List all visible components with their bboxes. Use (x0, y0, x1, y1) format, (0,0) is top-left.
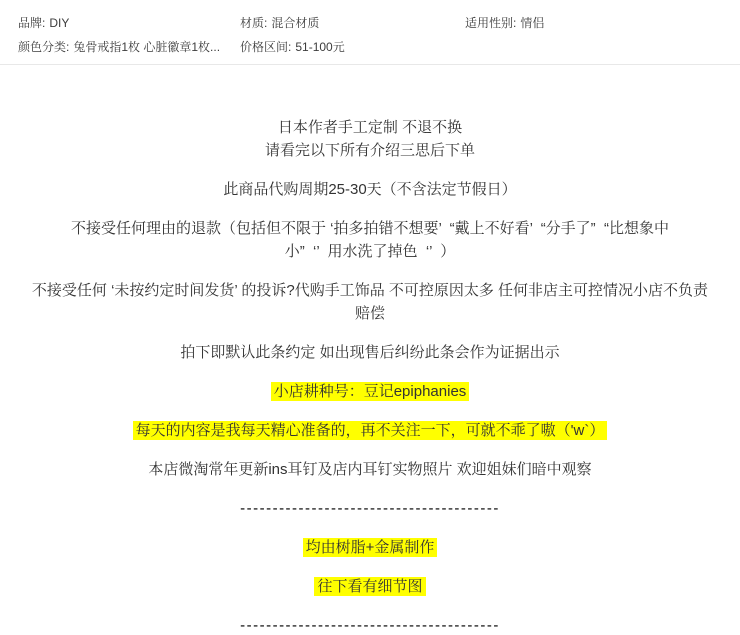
attr-value: 混合材质 (271, 16, 319, 30)
attr-gender: 适用性别:情侣 (465, 16, 740, 31)
highlighted-text: 每天的内容是我每天精心准备的，再不关注一下，可就不乖了嗷（'w`） (133, 421, 608, 440)
product-description: 日本作者手工定制 不退不换 请看完以下所有介绍三思后下单 此商品代购周期25-3… (0, 65, 740, 635)
attr-value: 51-100元 (295, 40, 344, 54)
desc-purchase-cycle: 此商品代购周期25-30天（不含法定节假日） (0, 178, 740, 201)
highlighted-text: 均由树脂+金属制作 (303, 538, 438, 557)
product-attributes: 品牌:DIY 材质:混合材质 适用性别:情侣 颜色分类:兔骨戒指1枚 心脏徽章1… (0, 0, 740, 65)
attr-value: 兔骨戒指1枚 心脏徽章1枚... (73, 40, 220, 54)
dashed-divider: ---------------------------------------- (0, 614, 740, 635)
attr-label: 品牌: (18, 16, 45, 30)
attr-label: 适用性别: (465, 16, 516, 30)
attr-label: 价格区间: (240, 40, 291, 54)
desc-material-note: 均由树脂+金属制作 (0, 536, 740, 559)
attr-value: 情侣 (520, 16, 544, 30)
desc-weitao-note: 本店微淘常年更新ins耳钉及店内耳钉实物照片 欢迎姐妹们暗中观察 (0, 458, 740, 481)
desc-agreement-note: 拍下即默认此条约定 如出现售后纠纷此条会作为证据出示 (0, 341, 740, 364)
attr-price-range: 价格区间:51-100元 (240, 40, 465, 55)
attr-color-class: 颜色分类:兔骨戒指1枚 心脏徽章1枚... (18, 40, 240, 55)
attr-brand: 品牌:DIY (18, 16, 240, 31)
desc-detail-pics-note: 往下看有细节图 (0, 575, 740, 598)
attr-material: 材质:混合材质 (240, 16, 465, 31)
attr-label: 材质: (240, 16, 267, 30)
desc-no-refund-policy: 不接受任何理由的退款（包括但不限于 ‘拍多拍错不想要’ “戴上不好看’ “分手了… (0, 217, 740, 263)
attr-label: 颜色分类: (18, 40, 69, 54)
desc-follow-reminder: 每天的内容是我每天精心准备的，再不关注一下，可就不乖了嗷（'w`） (0, 419, 740, 442)
desc-intro-lines: 日本作者手工定制 不退不换 请看完以下所有介绍三思后下单 (0, 116, 740, 162)
highlighted-text: 往下看有细节图 (314, 577, 425, 596)
attr-value: DIY (49, 16, 69, 30)
desc-no-complaint-policy: 不接受任何 ‘未按约定时间发货’ 的投诉?代购手工饰品 不可控原因太多 任何非店… (0, 279, 740, 325)
dashed-divider: ---------------------------------------- (0, 497, 740, 520)
highlighted-text: 小店耕种号：豆记epiphanies (271, 382, 470, 401)
desc-shop-account: 小店耕种号：豆记epiphanies (0, 380, 740, 403)
